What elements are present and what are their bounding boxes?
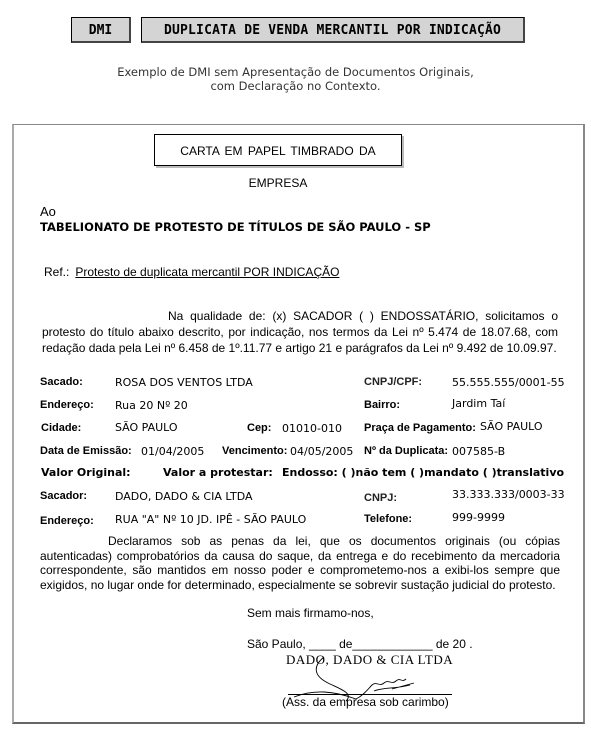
endosso-options: Endosso: ( )não tem ( )mandato ( )transl…: [282, 466, 564, 479]
reference-text: Protesto de duplicata mercantil POR INDI…: [75, 265, 339, 279]
dmi-badge: DMI: [71, 17, 131, 43]
declaration-paragraph: Declaramos sob as penas da lei, que os d…: [40, 534, 560, 592]
subtitle: Exemplo de DMI sem Apresentação de Docum…: [0, 65, 591, 93]
data-emissao-value: 01/04/2005: [141, 445, 204, 458]
telefone-value: 999-9999: [452, 511, 505, 524]
endereco-value: Rua 20 Nº 20: [115, 399, 188, 412]
request-paragraph-text: Na qualidade de: (x) SACADOR ( ) ENDOSSA…: [42, 309, 558, 355]
cep-value: 01010-010: [282, 422, 342, 435]
cnpj-value: 33.333.333/0003-33: [452, 488, 565, 501]
document-type-title: DUPLICATA DE VENDA MERCANTIL POR INDICAÇ…: [141, 17, 525, 43]
cnpj-cpf-value: 55.555.555/0001-55: [452, 376, 565, 389]
cnpj-cpf-label: CNPJ/CPF:: [364, 376, 422, 388]
vencimento-label: Vencimento:: [222, 445, 287, 457]
numero-duplicata-value: 007585-B: [452, 445, 505, 458]
letter-document: CARTA EM PAPEL TIMBRADO DA EMPRESA Ao TA…: [12, 124, 585, 724]
sacador-value: DADO, DADO & CIA LTDA: [115, 490, 253, 503]
salutation: Ao: [40, 204, 56, 219]
cep-label: Cep:: [247, 422, 271, 434]
praca-pagamento-value: SÃO PAULO: [480, 420, 543, 433]
endereco-label: Endereço:: [40, 399, 94, 411]
sacador-endereco-value: RUA "A" Nº 10 JD. IPÊ - SÃO PAULO: [115, 513, 306, 526]
declaration-paragraph-text: Declaramos sob as penas da lei, que os d…: [40, 534, 560, 592]
valor-protestar-label: Valor a protestar:: [163, 466, 273, 479]
place-date-line: São Paulo, ____ de____________ de 20 .: [247, 637, 473, 651]
data-emissao-label: Data de Emissão:: [40, 445, 132, 457]
recipient: TABELIONATO DE PROTESTO DE TÍTULOS DE SÃ…: [40, 220, 431, 234]
bairro-value: Jardim Taí: [452, 397, 505, 410]
closing-line: Sem mais firmamo-nos,: [247, 606, 374, 620]
letterhead-placeholder: CARTA EM PAPEL TIMBRADO DA EMPRESA: [154, 134, 402, 166]
vencimento-value: 04/05/2005: [290, 445, 353, 458]
subtitle-line-2: com Declaração no Contexto.: [0, 79, 591, 93]
request-paragraph: Na qualidade de: (x) SACADOR ( ) ENDOSSA…: [42, 308, 558, 356]
cnpj-label: CNPJ:: [364, 492, 397, 504]
bairro-label: Bairro:: [364, 399, 400, 411]
subtitle-line-1: Exemplo de DMI sem Apresentação de Docum…: [0, 65, 591, 79]
sacador-label: Sacador:: [40, 490, 87, 502]
numero-duplicata-label: Nº da Duplicata:: [364, 445, 448, 457]
valor-original-label: Valor Original:: [41, 466, 131, 479]
signature-caption: (Ass. da empresa sob carimbo): [282, 695, 449, 709]
reference-line: Ref.:Protesto de duplicata mercantil POR…: [44, 265, 339, 279]
cidade-value: SÃO PAULO: [115, 421, 178, 434]
praca-pagamento-label: Praça de Pagamento:: [364, 422, 476, 434]
cidade-label: Cidade:: [41, 422, 81, 434]
telefone-label: Telefone:: [364, 513, 412, 525]
sacador-endereco-label: Endereço:: [40, 515, 94, 527]
sacado-value: ROSA DOS VENTOS LTDA: [115, 376, 253, 389]
sacado-label: Sacado:: [40, 376, 83, 388]
reference-label: Ref.:: [44, 265, 69, 279]
